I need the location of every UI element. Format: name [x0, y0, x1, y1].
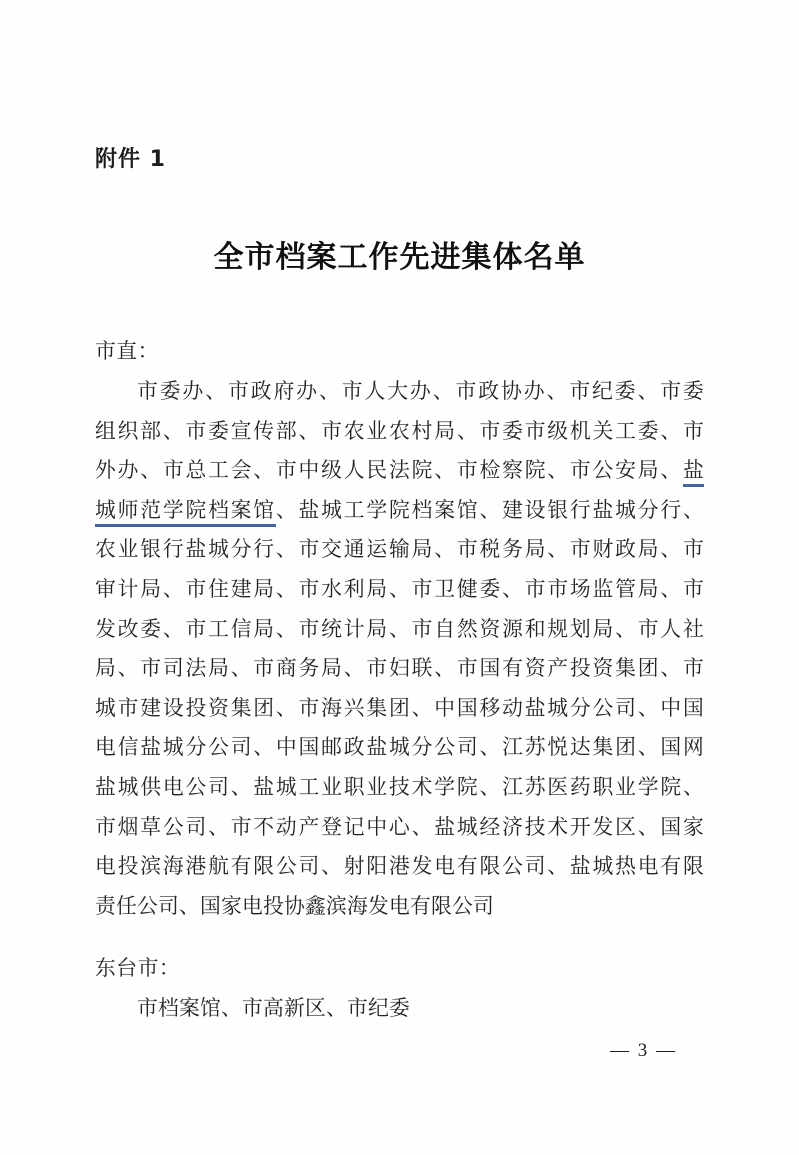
text-segment: 电投滨海港航有限公司、射阳港发电有限公司、盐城热电有限: [95, 855, 704, 878]
page-number: — 3 —: [610, 1040, 677, 1062]
text-line: 城师范学院档案馆、盐城工学院档案馆、建设银行盐城分行、: [95, 491, 704, 531]
text-segment: 审计局、市住建局、市水利局、市卫健委、市市场监管局、市: [95, 578, 704, 601]
text-segment: 盐城供电公司、盐城工业职业技术学院、江苏医药职业学院、: [95, 776, 704, 799]
document-page: 附件 1 全市档案工作先进集体名单 市直：市委办、市政府办、市人大办、市政协办、…: [0, 0, 799, 1155]
text-line: 组织部、市委宣传部、市农业农村局、市委市级机关工委、市: [95, 412, 704, 452]
text-segment: 市烟草公司、市不动产登记中心、盐城经济技术开发区、国家: [95, 816, 704, 839]
text-segment: 责任公司、国家电投协鑫滨海发电有限公司: [95, 895, 494, 918]
page-title: 全市档案工作先进集体名单: [0, 232, 799, 276]
document-section: 东台市：市档案馆、市高新区、市纪委: [95, 948, 704, 1029]
text-segment: 发改委、市工信局、市统计局、市自然资源和规划局、市人社: [95, 618, 704, 641]
text-line: 电信盐城分公司、中国邮政盐城分公司、江苏悦达集团、国网: [95, 728, 704, 768]
text-segment: 外办、市总工会、市中级人民法院、市检察院、市公安局、: [95, 459, 683, 482]
text-line: 局、市司法局、市商务局、市妇联、市国有资产投资集团、市: [95, 649, 704, 689]
text-line: 市烟草公司、市不动产登记中心、盐城经济技术开发区、国家: [95, 808, 704, 848]
underlined-text: 盐: [683, 459, 704, 487]
text-line: 盐城供电公司、盐城工业职业技术学院、江苏医药职业学院、: [95, 768, 704, 808]
section-heading: 东台市：: [95, 948, 704, 989]
text-segment: 电信盐城分公司、中国邮政盐城分公司、江苏悦达集团、国网: [95, 736, 704, 759]
text-line: 农业银行盐城分行、市交通运输局、市税务局、市财政局、市: [95, 530, 704, 570]
text-segment: 城市建设投资集团、市海兴集团、中国移动盐城分公司、中国: [95, 697, 704, 720]
text-line: 外办、市总工会、市中级人民法院、市检察院、市公安局、盐: [95, 451, 704, 491]
text-line: 市档案馆、市高新区、市纪委: [95, 989, 704, 1029]
attachment-label: 附件 1: [95, 142, 166, 173]
text-segment: 局、市司法局、市商务局、市妇联、市国有资产投资集团、市: [95, 657, 704, 680]
text-segment: 市档案馆、市高新区、市纪委: [137, 997, 410, 1020]
text-line: 市委办、市政府办、市人大办、市政协办、市纪委、市委: [95, 372, 704, 412]
section-heading: 市直：: [95, 331, 704, 372]
text-line: 发改委、市工信局、市统计局、市自然资源和规划局、市人社: [95, 610, 704, 650]
text-segment: 组织部、市委宣传部、市农业农村局、市委市级机关工委、市: [95, 420, 704, 443]
document-sections: 市直：市委办、市政府办、市人大办、市政协办、市纪委、市委组织部、市委宣传部、市农…: [95, 331, 704, 1029]
text-line: 审计局、市住建局、市水利局、市卫健委、市市场监管局、市: [95, 570, 704, 610]
document-section: 市直：市委办、市政府办、市人大办、市政协办、市纪委、市委组织部、市委宣传部、市农…: [95, 331, 704, 926]
text-segment: 、盐城工学院档案馆、建设银行盐城分行、: [276, 499, 704, 522]
text-segment: 市委办、市政府办、市人大办、市政协办、市纪委、市委: [137, 380, 704, 403]
text-line: 城市建设投资集团、市海兴集团、中国移动盐城分公司、中国: [95, 689, 704, 729]
text-line: 责任公司、国家电投协鑫滨海发电有限公司: [95, 887, 704, 927]
underlined-text: 城师范学院档案馆: [95, 499, 276, 527]
text-segment: 农业银行盐城分行、市交通运输局、市税务局、市财政局、市: [95, 538, 704, 561]
text-line: 电投滨海港航有限公司、射阳港发电有限公司、盐城热电有限: [95, 847, 704, 887]
